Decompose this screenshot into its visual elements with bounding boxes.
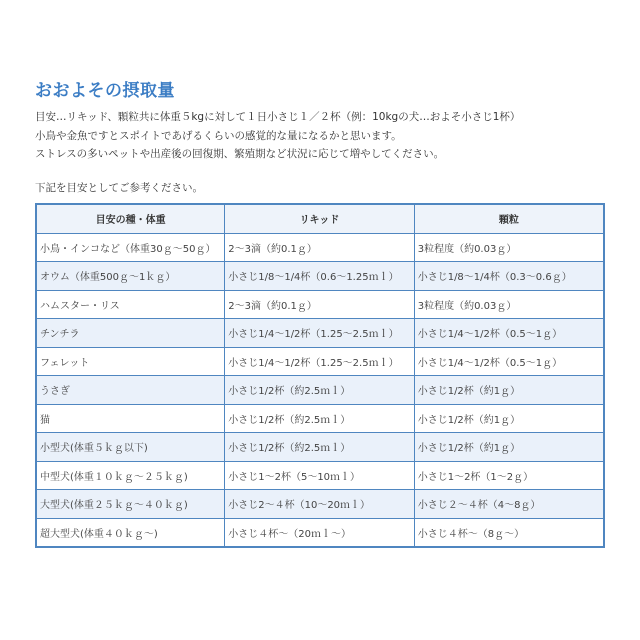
cell-granule: 小さじ1/2杯（約1ｇ） (414, 376, 604, 405)
cell-animal: うさぎ (36, 376, 225, 405)
header-granule: 顆粒 (414, 204, 604, 233)
cell-animal: オウム（体重500ｇ～1ｋｇ） (36, 262, 225, 291)
cell-liquid: 小さじ1～2杯（5～10ｍｌ） (225, 461, 414, 490)
cell-liquid: 小さじ1/8～1/4杯（0.6～1.25ｍｌ） (225, 262, 414, 291)
table-row: うさぎ 小さじ1/2杯（約2.5ｍｌ） 小さじ1/2杯（約1ｇ） (36, 376, 604, 405)
cell-granule: 小さじ1/4～1/2杯（0.5～1ｇ） (414, 319, 604, 348)
intro-line-dosage: 目安…リキッド、顆粒共に体重５kgに対して１日小さじ１／２杯（例：10kgの犬…… (35, 108, 520, 127)
table-row: 小鳥・インコなど（体重30ｇ～50ｇ） 2～3滴（約0.1ｇ） 3粒程度（約0.… (36, 233, 604, 262)
intro-line-small-pets: 小鳥や金魚ですとスポイトであげるくらいの感覚的な量になるかと思います。 (35, 127, 520, 146)
header-animal-weight: 目安の種・体重 (36, 204, 225, 233)
cell-animal: 猫 (36, 404, 225, 433)
cell-liquid: 小さじ1/4～1/2杯（1.25～2.5ｍｌ） (225, 347, 414, 376)
table-row: チンチラ 小さじ1/4～1/2杯（1.25～2.5ｍｌ） 小さじ1/4～1/2杯… (36, 319, 604, 348)
intro-text: 目安…リキッド、顆粒共に体重５kgに対して１日小さじ１／２杯（例：10kgの犬…… (35, 108, 520, 164)
table-row: ハムスター・リス 2～3滴（約0.1ｇ） 3粒程度（約0.03ｇ） (36, 290, 604, 319)
cell-granule: 小さじ1/8～1/4杯（0.3～0.6ｇ） (414, 262, 604, 291)
cell-animal: 中型犬(体重１０ｋｇ～２５ｋｇ) (36, 461, 225, 490)
table-row: 大型犬(体重２５ｋｇ～４０ｋｇ) 小さじ2～４杯（10～20ｍｌ） 小さじ２～４… (36, 490, 604, 519)
table-row: オウム（体重500ｇ～1ｋｇ） 小さじ1/8～1/4杯（0.6～1.25ｍｌ） … (36, 262, 604, 291)
cell-liquid: 小さじ1/2杯（約2.5ｍｌ） (225, 433, 414, 462)
table-header-row: 目安の種・体重 リキッド 顆粒 (36, 204, 604, 233)
section-title: おおよその摂取量 (35, 76, 175, 101)
intro-line-increase: ストレスの多いペットや出産後の回復期、繁殖期など状況に応じて増やしてください。 (35, 145, 520, 164)
cell-liquid: 小さじ1/2杯（約2.5ｍｌ） (225, 404, 414, 433)
table-row: 猫 小さじ1/2杯（約2.5ｍｌ） 小さじ1/2杯（約1ｇ） (36, 404, 604, 433)
cell-animal: ハムスター・リス (36, 290, 225, 319)
cell-liquid: 2～3滴（約0.1ｇ） (225, 233, 414, 262)
cell-animal: チンチラ (36, 319, 225, 348)
cell-granule: 3粒程度（約0.03ｇ） (414, 233, 604, 262)
table-note: 下記を目安としてご参考ください。 (35, 180, 203, 195)
cell-animal: 小型犬(体重５ｋｇ以下) (36, 433, 225, 462)
cell-animal: 超大型犬(体重４０ｋｇ～) (36, 518, 225, 547)
cell-animal: 小鳥・インコなど（体重30ｇ～50ｇ） (36, 233, 225, 262)
cell-liquid: 小さじ2～４杯（10～20ｍｌ） (225, 490, 414, 519)
cell-granule: 小さじ1/2杯（約1ｇ） (414, 433, 604, 462)
cell-liquid: 小さじ1/2杯（約2.5ｍｌ） (225, 376, 414, 405)
cell-granule: 3粒程度（約0.03ｇ） (414, 290, 604, 319)
cell-liquid: 2～3滴（約0.1ｇ） (225, 290, 414, 319)
table-row: 中型犬(体重１０ｋｇ～２５ｋｇ) 小さじ1～2杯（5～10ｍｌ） 小さじ1～2杯… (36, 461, 604, 490)
cell-liquid: 小さじ４杯～（20ｍｌ～） (225, 518, 414, 547)
cell-granule: 小さじ1/4～1/2杯（0.5～1ｇ） (414, 347, 604, 376)
cell-granule: 小さじ２～４杯（4～8ｇ） (414, 490, 604, 519)
table-row: 超大型犬(体重４０ｋｇ～) 小さじ４杯～（20ｍｌ～） 小さじ４杯～（8ｇ～） (36, 518, 604, 547)
table-row: フェレット 小さじ1/4～1/2杯（1.25～2.5ｍｌ） 小さじ1/4～1/2… (36, 347, 604, 376)
cell-granule: 小さじ４杯～（8ｇ～） (414, 518, 604, 547)
cell-liquid: 小さじ1/4～1/2杯（1.25～2.5ｍｌ） (225, 319, 414, 348)
header-liquid: リキッド (225, 204, 414, 233)
cell-animal: 大型犬(体重２５ｋｇ～４０ｋｇ) (36, 490, 225, 519)
dosage-table: 目安の種・体重 リキッド 顆粒 小鳥・インコなど（体重30ｇ～50ｇ） 2～3滴… (35, 203, 605, 548)
cell-animal: フェレット (36, 347, 225, 376)
cell-granule: 小さじ1/2杯（約1ｇ） (414, 404, 604, 433)
cell-granule: 小さじ1～2杯（1～2ｇ） (414, 461, 604, 490)
table-row: 小型犬(体重５ｋｇ以下) 小さじ1/2杯（約2.5ｍｌ） 小さじ1/2杯（約1ｇ… (36, 433, 604, 462)
